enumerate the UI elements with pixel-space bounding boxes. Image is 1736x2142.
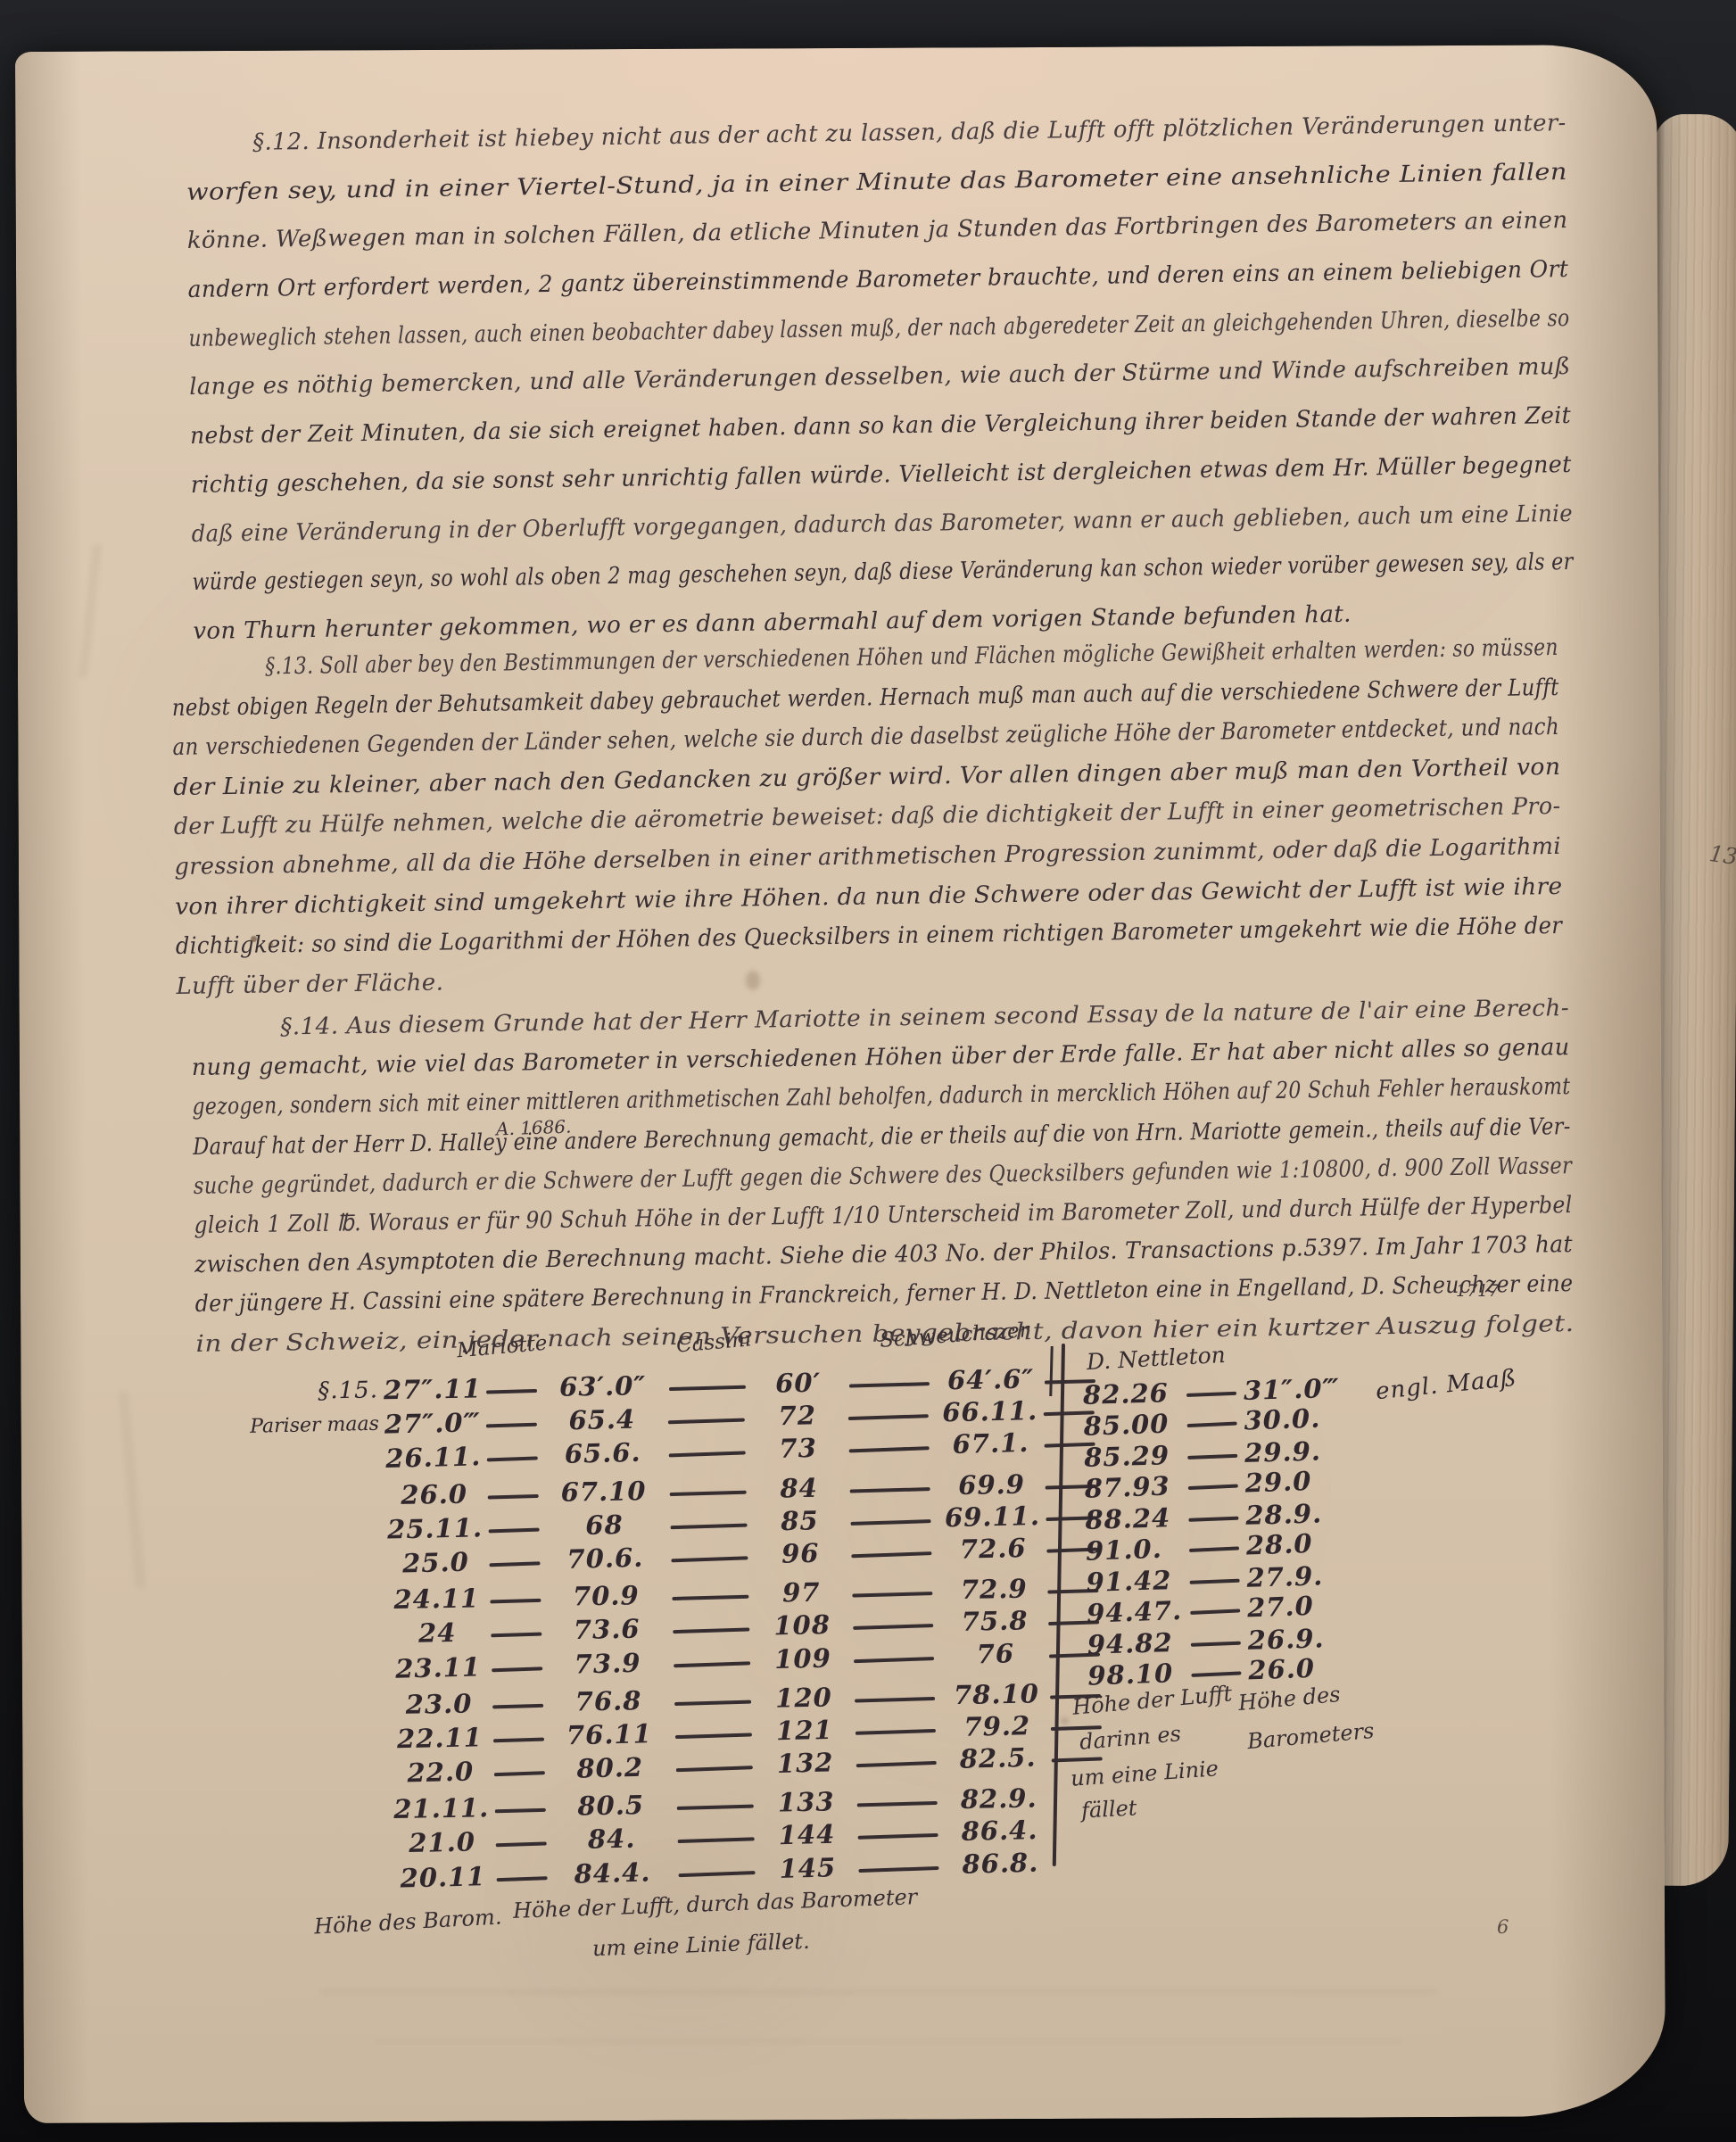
row-label xyxy=(248,1633,389,1636)
dash-separator xyxy=(667,1713,762,1749)
dash-separator xyxy=(840,1362,939,1399)
cell-barometer: 27″.0‴ xyxy=(384,1407,482,1439)
cell-scheuchzer: 78.10 xyxy=(945,1678,1049,1710)
cell-cassini: 84 xyxy=(756,1471,842,1503)
dash-separator xyxy=(668,1746,763,1783)
cell-barometer: 25.11. xyxy=(386,1512,484,1544)
dash-separator xyxy=(489,1789,552,1824)
row-label xyxy=(246,1529,387,1532)
cell-mariotte: 70.6. xyxy=(546,1542,665,1575)
row-label xyxy=(247,1600,388,1602)
cell-mariotte: 84. xyxy=(552,1823,671,1856)
dash-separator xyxy=(1184,1437,1240,1470)
cell-barometer: 26.0 xyxy=(1243,1651,1358,1685)
dash-separator xyxy=(484,1542,547,1578)
dash-separator xyxy=(487,1684,550,1720)
row-label: §.15. xyxy=(243,1377,384,1406)
cell-barometer: 22.0 xyxy=(392,1756,489,1789)
dash-separator xyxy=(481,1369,544,1405)
cell-cassini: 109 xyxy=(760,1642,847,1674)
dash-separator xyxy=(847,1709,946,1747)
cell-barometer: 27.9. xyxy=(1241,1559,1356,1593)
cell-cassini: 145 xyxy=(765,1851,851,1883)
cell-mariotte: 65.4 xyxy=(542,1403,661,1436)
row-label: Pariser maas xyxy=(244,1413,384,1438)
dash-separator xyxy=(662,1471,756,1508)
cell-cassini: 72 xyxy=(754,1400,840,1432)
cell-scheuchzer: 69.9 xyxy=(939,1468,1044,1500)
cell-luft-hoehe: 91.0. xyxy=(1081,1532,1186,1566)
dash-separator xyxy=(841,1468,940,1504)
manuscript-photo: §.12. Insonderheit ist hiebey nicht aus … xyxy=(0,0,1736,2142)
cell-barometer: 29.9. xyxy=(1239,1435,1354,1468)
cell-luft-hoehe: 85.00 xyxy=(1079,1407,1184,1441)
dash-separator xyxy=(1182,1375,1238,1408)
manuscript-line-text: Lufft über der Fläche. xyxy=(176,969,443,999)
ink-smudge xyxy=(746,971,760,990)
dash-separator xyxy=(660,1399,755,1435)
cell-barometer: 23.11 xyxy=(390,1650,487,1683)
cell-scheuchzer: 79.2 xyxy=(945,1709,1049,1741)
paper-stain xyxy=(79,544,102,678)
dash-separator xyxy=(847,1741,947,1779)
dash-separator xyxy=(671,1851,765,1889)
cell-luft-hoehe: 94.47. xyxy=(1083,1594,1187,1628)
row-label xyxy=(253,1843,394,1846)
row-label xyxy=(252,1773,393,1776)
paragraph-section-12: §.12. Insonderheit ist hiebey nicht aus … xyxy=(186,106,1736,667)
cell-scheuchzer: 67.1. xyxy=(938,1427,1043,1460)
cell-barometer: 27.0 xyxy=(1241,1589,1356,1623)
dash-separator xyxy=(840,1427,939,1465)
dash-separator xyxy=(843,1532,942,1569)
dash-separator xyxy=(1185,1500,1241,1533)
manuscript-line-text: §.12. Insonderheit ist hiebey nicht aus … xyxy=(252,110,1567,156)
cell-luft-hoehe: 88.24 xyxy=(1081,1501,1186,1534)
paragraph-section-13: §.13. Soll aber bey den Bestimmungen der… xyxy=(171,631,1736,1013)
cell-mariotte: 76.8 xyxy=(550,1684,668,1716)
dash-separator xyxy=(1184,1468,1240,1501)
cell-barometer: 20.11 xyxy=(394,1860,492,1893)
cell-luft-hoehe: 85.29 xyxy=(1080,1439,1185,1472)
row-label xyxy=(251,1739,392,1741)
cell-barometer: 28.0 xyxy=(1240,1526,1355,1560)
dash-separator xyxy=(842,1500,941,1537)
cell-scheuchzer: 66.11. xyxy=(938,1395,1042,1427)
cell-scheuchzer: 72.6 xyxy=(941,1532,1046,1565)
row-label xyxy=(252,1809,393,1812)
dash-separator xyxy=(1186,1562,1242,1595)
cell-cassini: 108 xyxy=(759,1609,846,1642)
dash-separator xyxy=(670,1818,765,1855)
page-content: §.12. Insonderheit ist hiebey nicht aus … xyxy=(0,0,1736,2142)
dash-separator xyxy=(482,1475,545,1510)
cell-scheuchzer: 82.9. xyxy=(947,1782,1051,1815)
cell-cassini: 133 xyxy=(763,1786,849,1818)
page-mark: 6 xyxy=(1497,1916,1509,1938)
cell-barometer: 24.11 xyxy=(388,1583,485,1615)
cell-scheuchzer: 86.4. xyxy=(947,1815,1052,1847)
row-label xyxy=(249,1668,390,1672)
cell-mariotte: 76.11 xyxy=(550,1717,669,1750)
dash-separator xyxy=(490,1823,553,1859)
cell-mariotte: 73.9 xyxy=(549,1646,667,1679)
cell-barometer: 27″.11 xyxy=(384,1373,482,1405)
footer-hoehe-luft-line2: um eine Linie fället. xyxy=(592,1929,810,1961)
cell-barometer: 23.0 xyxy=(391,1688,488,1720)
dash-separator xyxy=(849,1815,948,1852)
dash-separator xyxy=(480,1403,543,1440)
cell-luft-hoehe: 82.26 xyxy=(1079,1377,1184,1410)
cell-barometer: 22.11 xyxy=(392,1722,489,1754)
cell-cassini: 60′ xyxy=(755,1367,841,1399)
cell-cassini: 121 xyxy=(762,1714,848,1746)
cell-mariotte: 80.2 xyxy=(550,1751,669,1784)
cell-cassini: 144 xyxy=(764,1819,850,1851)
cell-scheuchzer: 75.8 xyxy=(943,1605,1047,1637)
row-label xyxy=(254,1878,395,1881)
cell-mariotte: 80.5 xyxy=(551,1789,670,1821)
cell-mariotte: 65.6. xyxy=(543,1436,662,1469)
cell-mariotte: 68 xyxy=(545,1508,664,1541)
dash-separator xyxy=(665,1609,760,1645)
dash-separator xyxy=(661,1366,756,1402)
cell-scheuchzer: 72.9 xyxy=(942,1573,1046,1605)
cell-luft-hoehe: 91.42 xyxy=(1082,1564,1186,1597)
cell-cassini: 96 xyxy=(757,1537,844,1569)
cell-scheuchzer: 69.11. xyxy=(940,1500,1045,1532)
annotation-year-1686: A. 1686. xyxy=(496,1116,572,1140)
cell-barometer: 21.11. xyxy=(393,1792,490,1824)
cell-mariotte: 63′.0″ xyxy=(543,1369,662,1402)
row-label xyxy=(244,1459,385,1462)
dash-separator xyxy=(850,1847,949,1884)
dash-separator xyxy=(845,1637,944,1675)
ink-speck xyxy=(1062,1718,1068,1724)
cell-barometer: 26.11. xyxy=(384,1441,482,1474)
cell-mariotte: 73.6 xyxy=(548,1613,666,1646)
row-label xyxy=(250,1704,391,1707)
cell-barometer: 29.0 xyxy=(1239,1464,1354,1498)
show-through xyxy=(375,2039,1401,2044)
dash-separator xyxy=(845,1605,944,1642)
dash-separator xyxy=(486,1647,550,1683)
nettleton-footer-luft-4: fället xyxy=(1080,1795,1137,1823)
cell-luft-hoehe: 87.93 xyxy=(1080,1469,1185,1503)
cell-cassini: 120 xyxy=(761,1681,847,1713)
dash-separator xyxy=(664,1536,758,1574)
cell-cassini: 73 xyxy=(755,1432,841,1464)
dash-separator xyxy=(488,1751,551,1788)
dash-separator xyxy=(485,1613,549,1650)
dash-separator xyxy=(844,1572,943,1609)
paragraph-section-14: §.14. Aus diesem Grunde hat der Herr Mar… xyxy=(191,991,1736,1370)
cell-barometer: 30.0. xyxy=(1238,1402,1353,1435)
cell-mariotte: 70.9 xyxy=(547,1579,665,1611)
dash-separator xyxy=(847,1677,946,1714)
dash-separator xyxy=(484,1579,548,1615)
cell-barometer: 21.0 xyxy=(393,1826,491,1858)
cell-mariotte: 84.4. xyxy=(553,1856,672,1889)
cell-barometer: 28.9. xyxy=(1240,1497,1355,1531)
cell-mariotte: 67.10 xyxy=(544,1475,663,1507)
cell-barometer: 25.0 xyxy=(387,1546,484,1579)
cell-luft-hoehe: 94.82 xyxy=(1083,1626,1187,1659)
cell-barometer: 24 xyxy=(389,1617,486,1649)
cell-barometer: 26.9. xyxy=(1242,1622,1357,1656)
row-label xyxy=(245,1494,386,1497)
annotation-year-1717: 1717 xyxy=(1456,1281,1499,1301)
ink-dot xyxy=(269,942,273,947)
cell-cassini: 85 xyxy=(756,1504,843,1536)
row-label xyxy=(246,1563,387,1567)
cell-barometer: 31″.0‴ xyxy=(1237,1372,1352,1406)
dash-separator xyxy=(666,1642,761,1679)
paper-stain xyxy=(118,1392,145,1588)
dash-separator xyxy=(483,1509,546,1545)
nettleton-footer-barometer-2: Barometers xyxy=(1246,1718,1375,1754)
cell-barometer: 26.0 xyxy=(385,1477,483,1509)
dash-separator xyxy=(1183,1405,1239,1438)
cell-scheuchzer: 86.8. xyxy=(948,1846,1053,1879)
cell-scheuchzer: 82.5. xyxy=(946,1741,1050,1774)
dash-separator xyxy=(481,1437,544,1474)
dash-trailing xyxy=(1043,1465,1085,1501)
cell-cassini: 132 xyxy=(762,1747,848,1779)
edge-mark: 13 xyxy=(1707,840,1736,870)
footer-hoehe-barometer-left: Höhe des Barom. xyxy=(313,1905,502,1939)
nettleton-table: 82.2631″.0‴engl. Maaß85.0030.0.85.2929.9… xyxy=(1079,1379,1579,1691)
dash-separator xyxy=(667,1681,762,1717)
dash-separator xyxy=(848,1782,947,1818)
show-through xyxy=(321,1989,1436,1995)
dash-separator xyxy=(669,1785,764,1822)
cell-cassini: 97 xyxy=(758,1576,845,1609)
dash-separator xyxy=(665,1575,759,1612)
cell-scheuchzer: 76 xyxy=(944,1636,1048,1669)
dash-separator xyxy=(1185,1530,1241,1563)
dash-separator xyxy=(1186,1625,1243,1658)
dash-separator xyxy=(661,1432,756,1469)
dash-separator xyxy=(491,1857,554,1893)
cell-scheuchzer: 64′.6″ xyxy=(938,1363,1043,1395)
dash-separator xyxy=(663,1503,757,1540)
ink-dot xyxy=(251,936,257,942)
dash-separator xyxy=(1186,1592,1243,1625)
comparison-table: §.15.27″.1163′.0″60′64′.6″Pariser maas27… xyxy=(243,1375,1144,1899)
dash-separator xyxy=(488,1718,551,1755)
